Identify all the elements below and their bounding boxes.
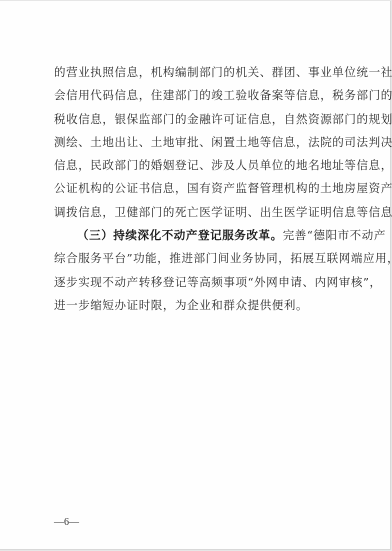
text-line: 测绘、土地出让、土地审批、闲置土地等信息，法院的司法判决	[54, 131, 346, 154]
page-number: —6—	[54, 517, 79, 528]
section-heading: （三）持续深化不动产登记服务改革。	[77, 228, 283, 242]
text-line: 税收信息，银保监部门的金融许可证信息，自然资源部门的规划、	[54, 108, 346, 131]
text-line: 信息，民政部门的婚姻登记、涉及人员单位的地名地址等信息，	[54, 154, 346, 177]
section-heading-line: （三）持续深化不动产登记服务改革。完善“德阳市不动产	[54, 224, 346, 247]
text-line: 进一步缩短办证时限，为企业和群众提供便利。	[54, 294, 346, 317]
section-text: 完善“德阳市不动产	[283, 228, 386, 242]
document-body: 的营业执照信息，机构编制部门的机关、群团、事业单位统一社 会信用代码信息，住建部…	[54, 61, 346, 317]
document-page: 的营业执照信息，机构编制部门的机关、群团、事业单位统一社 会信用代码信息，住建部…	[0, 1, 391, 550]
text-line: 的营业执照信息，机构编制部门的机关、群团、事业单位统一社	[54, 61, 346, 84]
text-line: 公证机构的公证书信息，国有资产监督管理机构的土地房屋资产	[54, 177, 346, 200]
text-line: 调拨信息，卫健部门的死亡医学证明、出生医学证明信息等信息。	[54, 201, 346, 224]
text-line: 综合服务平台”功能，推进部门间业务协同，拓展互联网端应用，	[54, 247, 346, 270]
text-line: 逐步实现不动产转移登记等高频事项“外网申请、内网审核”，	[54, 271, 346, 294]
text-line: 会信用代码信息，住建部门的竣工验收备案等信息，税务部门的	[54, 84, 346, 107]
